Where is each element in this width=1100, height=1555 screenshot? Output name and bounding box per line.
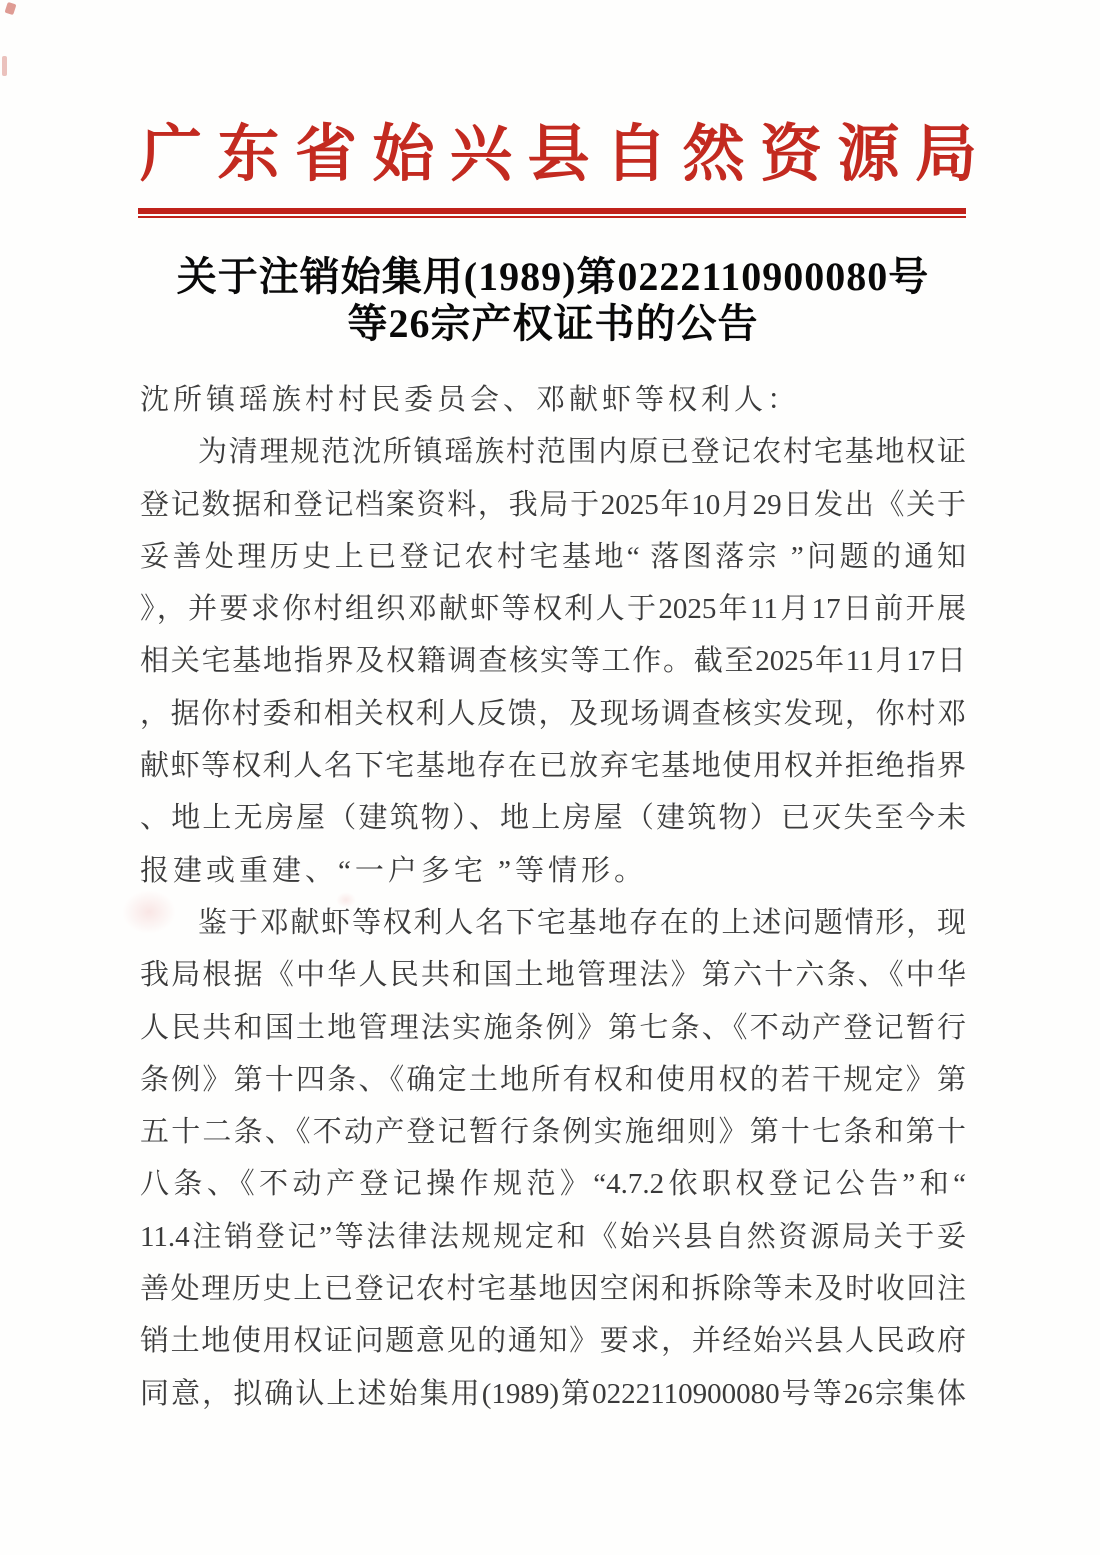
document-title: 关于注销始集用(1989)第0222110900080号 等26宗产权证书的公告 bbox=[140, 253, 966, 347]
body-line: 销土地使用权证问题意见的通知》要求，并经始兴县人民政府 bbox=[140, 1315, 966, 1367]
body-line: 》，并要求你村组织邓献虾等权利人于2025年11月17日前开展 bbox=[140, 583, 966, 635]
body-line: 鉴于邓献虾等权利人名下宅基地存在的上述问题情形，现 bbox=[140, 897, 966, 949]
body-line: 我局根据《中华人民共和国土地管理法》第六十六条、《中华 bbox=[140, 949, 966, 1001]
body-line: 登记数据和登记档案资料，我局于2025年10月29日发出《关于 bbox=[140, 479, 966, 531]
letterhead-rule-thick bbox=[138, 208, 966, 214]
body-line: 人民共和国土地管理法实施条例》第七条、《不动产登记暂行 bbox=[140, 1002, 966, 1054]
body-line: 妥善处理历史上已登记农村宅基地“ 落图落宗 ”问题的通知 bbox=[140, 531, 966, 583]
body-line: 报建或重建、“一户多宅 ”等情形。 bbox=[140, 845, 966, 897]
body-line: 同意，拟确认上述始集用(1989)第0222110900080号等26宗集体 bbox=[140, 1368, 966, 1420]
body-line: ，据你村委和相关权利人反馈，及现场调查核实发现，你村邓 bbox=[140, 688, 966, 740]
body-line: 为清理规范沈所镇瑶族村范围内原已登记农村宅基地权证 bbox=[140, 426, 966, 478]
body-line: 八条、《不动产登记操作规范》“4.7.2依职权登记公告”和“ bbox=[140, 1158, 966, 1210]
document-title-line1: 关于注销始集用(1989)第0222110900080号 bbox=[140, 253, 966, 300]
body-line: 献虾等权利人名下宅基地存在已放弃宅基地使用权并拒绝指界 bbox=[140, 740, 966, 792]
body-line: 善处理历史上已登记农村宅基地因空闲和拆除等未及时收回注 bbox=[140, 1263, 966, 1315]
body-line: 条例》第十四条、《确定土地所有权和使用权的若干规定》第 bbox=[140, 1054, 966, 1106]
body-line: 五十二条、《不动产登记暂行条例实施细则》第十七条和第十 bbox=[140, 1106, 966, 1158]
scan-artifact-red-mark bbox=[5, 2, 17, 15]
document-body: 沈所镇瑶族村村民委员会、邓献虾等权利人： 为清理规范沈所镇瑶族村范围内原已登记农… bbox=[140, 374, 966, 1420]
body-line: 、地上无房屋（建筑物）、地上房屋（建筑物）已灭失至今未 bbox=[140, 792, 966, 844]
body-line-salutation: 沈所镇瑶族村村民委员会、邓献虾等权利人： bbox=[140, 374, 966, 426]
document-page: 广 东 省 始 兴 县 自 然 资 源 局 关于注销始集用(1989)第0222… bbox=[0, 0, 1100, 1555]
document-title-line2: 等26宗产权证书的公告 bbox=[140, 300, 966, 347]
letterhead-org-name: 广 东 省 始 兴 县 自 然 资 源 局 bbox=[140, 112, 966, 198]
letterhead-rule-thin bbox=[138, 216, 966, 218]
body-line: 11.4注销登记”等法律法规规定和《始兴县自然资源局关于妥 bbox=[140, 1211, 966, 1263]
scan-artifact-red-mark bbox=[2, 56, 7, 76]
body-line: 相关宅基地指界及权籍调查核实等工作。截至2025年11月17日 bbox=[140, 635, 966, 687]
